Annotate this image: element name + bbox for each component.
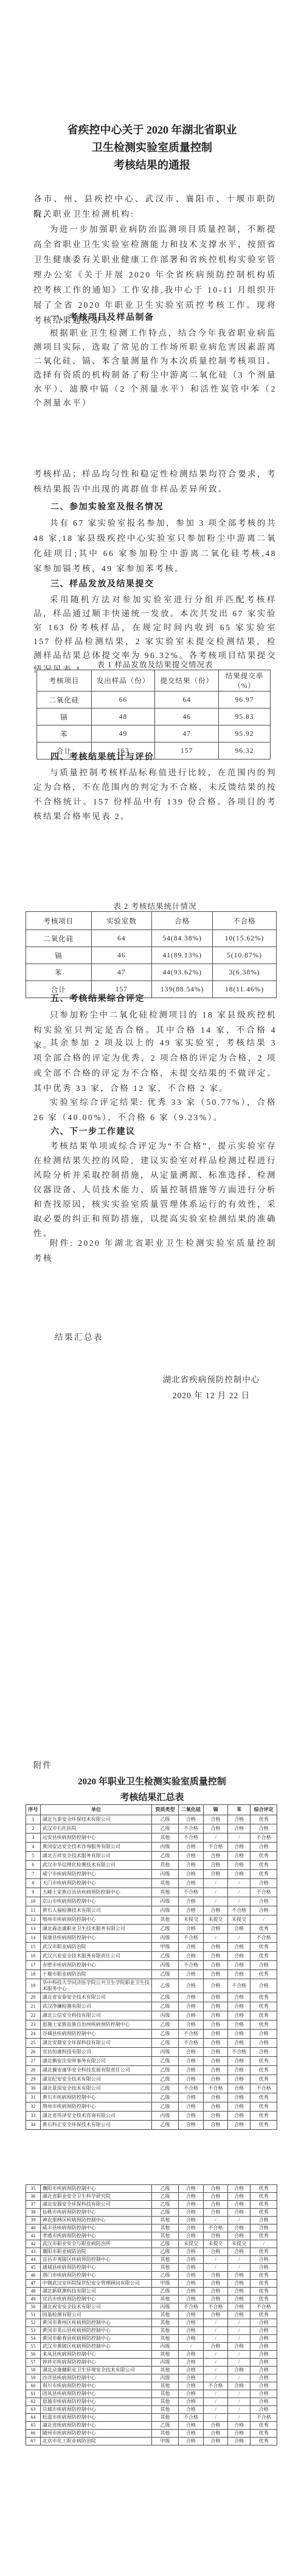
cell-overall: 优秀	[250, 2232, 277, 2240]
cell-overall: 合格	[250, 1843, 277, 1852]
cell-benzene: 合格	[227, 1961, 250, 1970]
cell-seq: 10	[26, 1897, 41, 1906]
cell-silica: 合格	[178, 2075, 204, 2084]
cell-benzene: 合格	[227, 2280, 250, 2288]
table-row: 30 湖北景深安全技术有限公司 乙级 不合格 不合格 合格 不合格	[26, 2084, 277, 2093]
cell-silica: 合格	[178, 2066, 204, 2075]
section-5-paragraph-3: 实验室综合评定结果: 优秀 33 家（50.77%），合格 26 家（40.00…	[33, 1095, 277, 1125]
cell-seq: 39	[26, 2217, 41, 2224]
cell-unit: 鄂州市疾病预防控制中心	[40, 1915, 151, 1925]
cell-seq: 48	[26, 2288, 41, 2296]
cell-silica: 合格	[178, 2217, 204, 2224]
table-row: 53 黄冈市英山县疾病预防控制中心 其他 合格 / / 合格	[26, 2327, 277, 2335]
cell-cadmium: 合格	[204, 1852, 228, 1861]
table-row: 11 黄石人福检测技术有限公司 丙级 合格 合格 不合格 合格	[26, 1906, 277, 1915]
cell-unit: 远安县疾病预防控制中心	[40, 1833, 151, 1843]
cell-silica: 合格	[178, 2232, 204, 2240]
table-1-header-sent: 发出样品（份）	[91, 670, 155, 692]
cell-qualification-type: 其他	[152, 2296, 179, 2303]
cell-qualification-type: 其他	[152, 2382, 179, 2390]
table-row: 60 利川市疾病预防控制中心 其他 合格 不合格 合格 合格	[26, 2382, 277, 2390]
cell-overall: 合格	[250, 1824, 277, 1833]
cell-cadmium: /	[204, 2264, 228, 2272]
cell-qualification-type: 丙级	[152, 2112, 179, 2121]
cell-qualification-type: 其他	[152, 2351, 179, 2359]
cell-silica: 不合格	[178, 1888, 204, 1897]
cell-benzene: 合格	[227, 1852, 250, 1861]
cell-unit: 湖北吉祥安全技术服务有限公司	[40, 1852, 151, 1861]
cell-unit: 襄阳市职业病防治院	[40, 2248, 151, 2256]
cell-benzene: 合格	[227, 1943, 250, 1952]
cell-overall: 不合格	[250, 1888, 277, 1897]
cell-overall: 优秀	[250, 2272, 277, 2280]
cell-seq: 60	[26, 2382, 41, 2390]
cell-rate: 95.92	[219, 726, 271, 743]
cell-benzene: /	[227, 2390, 250, 2398]
cell-benzene: /	[227, 2319, 250, 2327]
cell-cadmium: /	[204, 2335, 228, 2343]
cell-unit: 湖北众康健职业卫生环境安全技术有限公司	[40, 2367, 151, 2374]
cell-overall: 优秀	[250, 2201, 277, 2209]
cell-sent: 66	[91, 692, 155, 709]
cell-overall: 合格	[250, 2351, 277, 2359]
cell-silica: 合格	[178, 1897, 204, 1906]
cell-unit: 神农架林区疾病预防控制中心	[40, 2217, 151, 2224]
table-1-caption: 表 1 样品发放及结果提交情况表	[33, 659, 277, 670]
section-1-heading: 一、考核项目及样品制备	[33, 311, 277, 323]
cell-benzene: 合格	[227, 1870, 250, 1879]
cell-seq: 57	[26, 2359, 41, 2367]
cell-silica: 合格	[178, 2406, 204, 2414]
cell-overall: 优秀	[250, 2296, 277, 2303]
cell-qualification-type: 乙级	[152, 1952, 179, 1961]
table-row: 2 武汉市石化医院 乙级 不合格 合格 合格 合格	[26, 1824, 277, 1833]
cell-qualification-type: 乙级	[152, 2020, 179, 2030]
cell-silica: 合格	[178, 2390, 204, 2398]
cell-unit: 赤壁市疾病预防控制中心	[40, 1961, 151, 1970]
cell-seq: 36	[26, 2193, 41, 2201]
table-2-header-labs: 实验室数	[91, 912, 152, 930]
cell-seq: 46	[26, 2272, 41, 2280]
cell-seq: 15	[26, 1943, 41, 1952]
cell-overall: 优秀	[250, 2280, 277, 2288]
cell-unit: 湖北景深安全技术有限公司	[40, 2084, 151, 2093]
cell-cadmium: 合格	[204, 1970, 228, 1979]
cell-benzene: 合格	[227, 2121, 250, 2130]
section-5-paragraph-2: 其余参加 2 项及以上的 49 家实验室，考核结果 3 项全部合格的评定为优秀，…	[33, 1035, 277, 1096]
cell-overall: 优秀	[250, 2075, 277, 2084]
cell-cadmium: 合格	[204, 1815, 228, 1824]
cell-qualification-type: 乙级	[152, 2193, 179, 2201]
cell-benzene: 未提交	[227, 1915, 250, 1925]
cell-cadmium: 合格	[204, 2248, 228, 2256]
table-row: 苯 47 44(93.62%) 3(6.38%)	[26, 964, 277, 981]
table-2-header-pass: 合格	[152, 912, 213, 930]
cell-seq: 43	[26, 2248, 41, 2256]
cell-benzene: /	[227, 2414, 250, 2422]
cell-silica: 合格	[178, 1815, 204, 1824]
cell-cadmium: 合格	[204, 1961, 228, 1970]
table-row: 8 天门市疾病预防控制中心 其他 合格 / / 合格	[26, 1879, 277, 1888]
cell-benzene: /	[227, 2264, 250, 2272]
table-row: 36 湖北省职业安全卫生科学研究院 乙级 合格 合格 合格 优秀	[26, 2193, 277, 2201]
cell-qualification-type: 丙级	[152, 1934, 179, 1943]
table-row: 12 鄂州市疾病预防控制中心 其他 未提交 未提交 未提交 /	[26, 1915, 277, 1925]
table-row: 二氧化硅 66 64 96.97	[37, 692, 271, 709]
cell-silica: 未提交	[178, 1915, 204, 1925]
cell-qualification-type: 其他	[152, 1833, 179, 1843]
cell-submitted: 64	[155, 692, 219, 709]
cell-cadmium: 合格	[204, 2020, 228, 2030]
cell-qualification-type: 乙级	[152, 2201, 179, 2209]
cell-unit: 恩施土家族苗族自治州疾病预防控制中心	[40, 2020, 151, 2030]
cell-benzene: /	[227, 2335, 250, 2343]
cell-silica: 合格	[178, 1843, 204, 1852]
cell-qualification-type: 乙级	[152, 2057, 179, 2066]
attachment-reference-line-1: 附件: 2020 年湖北省职业卫生检测实验室质量控制考核	[33, 1235, 277, 1266]
table-row: 19 华中科技大学同济医学院公共卫生学院职业卫生技术服务中心 乙级 合格 合格 …	[26, 1979, 277, 1993]
cell-unit: 武汉市职业安全与职业病防治所	[40, 2240, 151, 2248]
cell-overall: 优秀	[250, 1970, 277, 1979]
cell-silica: 合格	[178, 1979, 204, 1993]
cell-qualification-type: 其他	[152, 2256, 179, 2264]
cell-benzene: 合格	[227, 2011, 250, 2020]
cell-benzene: 合格	[227, 2343, 250, 2351]
cell-benzene: 合格	[227, 1861, 250, 1870]
table-2-header-fail: 不合格	[213, 912, 277, 930]
cell-unit: 随州市疾病预防控制中心	[40, 2430, 151, 2438]
cell-cadmium: 合格	[204, 2438, 228, 2445]
cell-unit: 湖北祝安安全技术有限公司	[40, 2303, 151, 2311]
header-silica: 二氧化硅	[178, 1805, 204, 1815]
cell-overall: 合格	[250, 2224, 277, 2232]
table-row: 44 宜昌市夷陵区疾病预防控制中心 其他 合格 / / 合格	[26, 2256, 277, 2264]
cell-benzene: 合格	[227, 2296, 250, 2303]
cell-qualification-type: 乙级	[152, 2272, 179, 2280]
cell-benzene: 合格	[227, 2066, 250, 2075]
cell-seq: 11	[26, 1906, 41, 1915]
cell-qualification-type: 乙级	[152, 2288, 179, 2296]
cell-unit: 天门市疾病预防控制中心	[40, 1879, 151, 1888]
table-row: 46 荆门市疾病预防控制中心 乙级 合格 合格 合格 优秀	[26, 2272, 277, 2280]
cell-qualification-type: 其他	[152, 2406, 179, 2414]
cell-benzene: /	[227, 2256, 250, 2264]
cell-unit: 湖北安鼎安全环保科技有限公司	[40, 2039, 151, 2048]
cell-unit: 武汉净澜检测有限公司	[40, 2002, 151, 2011]
cell-unit: 湖北襄安康华安全科技发展有限责任公司	[40, 2066, 151, 2075]
cell-benzene: /	[227, 2374, 250, 2382]
cell-qualification-type: 乙级	[152, 2248, 179, 2256]
cell-seq: 18	[26, 1970, 41, 1979]
cell-overall: 优秀	[250, 2311, 277, 2319]
cell-qualification-type: 乙级	[152, 1815, 179, 1824]
cell-silica: 不合格	[178, 1833, 204, 1843]
cell-silica: 合格	[178, 2359, 204, 2367]
cell-benzene: /	[227, 2359, 250, 2367]
cell-item: 镉	[26, 947, 92, 964]
document-title-line-2: 卫生检测实验室质量控制	[30, 139, 274, 157]
table-row: 镉 46 41(89.13%) 5(10.87%)	[26, 947, 277, 964]
cell-overall: 合格	[250, 1961, 277, 1970]
cell-labs: 46	[91, 947, 152, 964]
cell-unit: 荆门市疾病预防控制中心	[40, 2272, 151, 2280]
cell-cadmium: 合格	[204, 2272, 228, 2280]
cell-overall: 合格	[250, 2048, 277, 2057]
table-row: 38 仙桃市疾病预防控制中心 乙级 合格 合格 合格 优秀	[26, 2209, 277, 2217]
cell-unit: 京山市疾病预防控制中心	[40, 1897, 151, 1906]
cell-benzene: 合格	[227, 2422, 250, 2430]
cell-rate: 96.97	[219, 692, 271, 709]
table-row: 9 五峰土家族自治县疾病预防控制中心 其他 不合格 / / 不合格	[26, 1888, 277, 1897]
cell-seq: 63	[26, 2406, 41, 2414]
cell-seq: 17	[26, 1961, 41, 1970]
cell-unit: 湖北省疾病预防控制中心	[40, 2422, 151, 2430]
cell-cadmium: 合格	[204, 1993, 228, 2002]
cell-pass: 44(93.62%)	[152, 964, 213, 981]
cell-seq: 64	[26, 2414, 41, 2422]
cell-silica: 合格	[178, 1906, 204, 1915]
cell-benzene: 合格	[227, 2084, 250, 2093]
cell-unit: 松滋市疾病预防控制中心	[40, 2414, 151, 2422]
cell-silica: 不合格	[178, 1934, 204, 1943]
cell-unit: 五峰土家族自治县疾病预防控制中心	[40, 1888, 151, 1897]
cell-qualification-type: 其他	[152, 2414, 179, 2422]
cell-silica: 合格	[178, 2422, 204, 2430]
cell-seq: 58	[26, 2367, 41, 2374]
table-row: 66 随州市疾病预防控制中心 其他 合格 合格 合格 优秀	[26, 2430, 277, 2438]
cell-benzene: /	[227, 1833, 250, 1843]
cell-fail: 10(15.62%)	[213, 930, 277, 947]
table-1-header-rate: 结果提交率（%）	[219, 670, 271, 692]
cell-seq: 61	[26, 2390, 41, 2398]
table-row: 5 湖北吉祥安全技术服务有限公司 乙级 合格 合格 合格 优秀	[26, 1852, 277, 1861]
cell-silica: 合格	[178, 2248, 204, 2256]
cell-cadmium: 合格	[204, 2193, 228, 2201]
table-row: 22 湖北公信安全科技有限公司 丙级 合格 合格 合格 优秀	[26, 2011, 277, 2020]
cell-unit: 黄石科正安全环保技术有限公司	[40, 2121, 151, 2130]
cell-seq: 19	[26, 1979, 41, 1993]
cell-seq: 34	[26, 2121, 41, 2130]
cell-overall: 优秀	[250, 2121, 277, 2130]
cell-benzene: 不合格	[227, 2048, 250, 2057]
cell-unit: 保康县疾病预防控制中心	[40, 1934, 151, 1943]
table-row: 6 武汉市华信理化检测技术有限公司 其他 合格 合格 合格 优秀	[26, 1861, 277, 1870]
cell-cadmium: 合格	[204, 2066, 228, 2075]
cell-qualification-type: 乙级	[152, 1979, 179, 1993]
cell-silica: 合格	[178, 1870, 204, 1879]
cell-seq: 53	[26, 2327, 41, 2335]
cell-unit: 黄冈市蕲春县疾病预防控制中心	[40, 2335, 151, 2343]
cell-cadmium: 合格	[204, 2048, 228, 2057]
cell-benzene: 合格	[227, 2272, 250, 2280]
cell-cadmium: 合格	[204, 2201, 228, 2209]
cell-benzene: 合格	[227, 2057, 250, 2066]
cell-benzene: 合格	[227, 2367, 250, 2374]
cell-overall: 合格	[250, 2335, 277, 2343]
cell-cadmium: 不合格	[204, 2224, 228, 2232]
cell-benzene: 合格	[227, 1970, 250, 1979]
cell-cadmium: /	[204, 2319, 228, 2327]
cell-unit: 应城市疾病预防控制中心	[40, 2406, 151, 2414]
header-seq: 序号	[26, 1805, 41, 1815]
table-row: 7 咸宁市疾病预防控制中心 丙级 合格 合格 合格 优秀	[26, 1870, 277, 1879]
cell-item: 镉	[37, 709, 92, 726]
table-row: 苯 49 47 95.92	[37, 726, 271, 743]
cell-silica: 合格	[178, 2430, 204, 2438]
cell-overall: 优秀	[250, 2185, 277, 2193]
cell-unit: 湖北九泰安全环保技术有限公司	[40, 1815, 151, 1824]
cell-qualification-type: 丙级	[152, 1906, 179, 1915]
salutation-line-2: 有关职业卫生检测机构:	[33, 206, 277, 222]
cell-overall: 合格	[250, 2327, 277, 2335]
cell-seq: 21	[26, 2002, 41, 2011]
cell-seq: 25	[26, 2039, 41, 2048]
cell-unit: 襄阳市疾病预防控制中心	[40, 2185, 151, 2193]
table-row: 29 湖北纪安安全技术有限公司 乙级 合格 合格 合格 优秀	[26, 2075, 277, 2084]
cell-qualification-type: 丙级	[152, 1843, 179, 1852]
cell-overall: 优秀	[250, 2112, 277, 2121]
cell-overall: 合格	[250, 2382, 277, 2390]
cell-cadmium: /	[204, 1879, 228, 1888]
cell-fail: 3(6.38%)	[213, 964, 277, 981]
cell-unit: 恩施市疾病预防控制中心	[40, 2398, 151, 2406]
cell-overall: 合格	[250, 2406, 277, 2414]
cell-benzene: 合格	[227, 2020, 250, 2030]
cell-silica: 合格	[178, 2319, 204, 2327]
cell-cadmium: 合格	[204, 2311, 228, 2319]
table-row: 51 国基检测有限公司 其他 合格 合格 合格 优秀	[26, 2311, 277, 2319]
cell-cadmium: 合格	[204, 1952, 228, 1961]
cell-cadmium: 合格	[204, 2288, 228, 2296]
cell-cadmium: 合格	[204, 2093, 228, 2102]
cell-overall: 优秀	[250, 2209, 277, 2217]
cell-cadmium: 不合格	[204, 2084, 228, 2093]
cell-qualification-type: 丙级	[152, 2048, 179, 2057]
cell-cadmium: 未提交	[204, 2240, 228, 2248]
cell-silica: 合格	[178, 1943, 204, 1952]
cell-seq: 30	[26, 2084, 41, 2093]
cell-overall: 合格	[250, 1979, 277, 1993]
header-overall: 综合评定	[250, 1805, 277, 1815]
cell-seq: 8	[26, 1879, 41, 1888]
scanned-document: 省疾控中心关于 2020 年湖北省职业 卫生检测实验室质量控制 考核结果的通报 …	[0, 0, 304, 2576]
cell-qualification-type: 乙级	[152, 2039, 179, 2048]
cell-silica: 合格	[178, 2048, 204, 2057]
cell-cadmium: 合格	[204, 2030, 228, 2039]
cell-fail: 5(10.87%)	[213, 947, 277, 964]
section-1-paragraph-continued: 考核样品；样品均匀性和稳定性检测结果均符合要求，考核结果报告中出现的离群值非样品…	[33, 466, 277, 497]
table-row: 21 武汉净澜检测有限公司 乙级 合格 合格 合格 优秀	[26, 2002, 277, 2011]
cell-unit: 武汉市石化医院	[40, 1824, 151, 1833]
cell-unit: 团风县疾病预防控制中心	[40, 2390, 151, 2398]
cell-silica: 合格	[178, 2093, 204, 2102]
cell-silica: 合格	[178, 2193, 204, 2201]
table-row: 镉 48 46 95.83	[37, 709, 271, 726]
cell-silica: 不合格	[178, 1961, 204, 1970]
cell-cadmium: 合格	[204, 1943, 228, 1952]
cell-qualification-type: 乙级	[152, 1824, 179, 1833]
cell-seq: 47	[26, 2280, 41, 2288]
table-row: 49 宜昌市疾病预防控制中心 其他 合格 合格 合格 优秀	[26, 2296, 277, 2303]
cell-qualification-type: 乙级	[152, 2121, 179, 2130]
cell-cadmium: /	[204, 2359, 228, 2367]
attachment-table-page-1: 序号 单位 资质类型 二氧化硅 镉 苯 综合评定 1 湖北九泰安全环保技术有限公…	[26, 1804, 277, 2130]
cell-cadmium: 合格	[204, 2121, 228, 2130]
cell-seq: 38	[26, 2209, 41, 2217]
cell-silica: 合格	[178, 2011, 204, 2020]
table-row: 10 京山市疾病预防控制中心 丙级 合格 / / 合格	[26, 1897, 277, 1906]
cell-benzene: /	[227, 2406, 250, 2414]
cell-seq: 31	[26, 2093, 41, 2102]
header-benzene: 苯	[227, 1805, 250, 1815]
cell-qualification-type: 丙级	[152, 1961, 179, 1970]
cell-cadmium: /	[204, 2406, 228, 2414]
cell-cadmium: 合格	[204, 1979, 228, 1993]
cell-qualification-type: 乙级	[152, 2185, 179, 2193]
cell-overall: /	[250, 2240, 277, 2248]
table-row: 20 湖北省安泰安全技术有限公司 乙级 合格 合格 合格 优秀	[26, 1993, 277, 2002]
cell-silica: 合格	[178, 1852, 204, 1861]
cell-overall: 合格	[250, 1879, 277, 1888]
table-row: 41 孝感市疾病预防控制中心 其他 合格 合格 合格 优秀	[26, 2232, 277, 2240]
cell-cadmium: /	[204, 1888, 228, 1897]
document-title-line-3: 考核结果的通报	[30, 157, 274, 174]
cell-benzene: 合格	[227, 2303, 250, 2311]
cell-overall: 优秀	[250, 2288, 277, 2296]
cell-qualification-type: 乙级	[152, 1993, 179, 2002]
cell-cadmium: 不合格	[204, 2303, 228, 2311]
table-1-header-submitted: 提交结果（份）	[155, 670, 219, 692]
cell-qualification-type: 其他	[152, 2232, 179, 2240]
cell-silica: 合格	[178, 2382, 204, 2390]
table-row: 26 宜昌恒康科技有限公司 丙级 合格 合格 不合格 合格	[26, 2048, 277, 2057]
cell-overall: 优秀	[250, 1952, 277, 1961]
cell-silica: 合格	[178, 1970, 204, 1979]
cell-item: 二氧化硅	[26, 930, 92, 947]
cell-unit: 黄石市疾病预防控制中心	[40, 2093, 151, 2102]
cell-silica: 合格	[178, 2185, 204, 2193]
table-2: 考核项目 实验室数 合格 不合格 二氧化硅 64 54(84.38%) 10(1…	[26, 911, 277, 998]
cell-cadmium: 合格	[204, 2112, 228, 2121]
table-2-caption: 表 2 考核结果统计情况	[33, 900, 277, 911]
cell-silica: 合格	[178, 2398, 204, 2406]
cell-silica: 合格	[178, 1993, 204, 2002]
cell-seq: 40	[26, 2224, 41, 2232]
cell-item: 苯	[26, 964, 92, 981]
cell-silica: 合格	[178, 2201, 204, 2209]
cell-unit: 湖北省安泰安全技术有限公司	[40, 1993, 151, 2002]
attachment-title-line-2: 考核结果汇总表	[30, 1790, 274, 1806]
table-2-header-row: 考核项目 实验室数 合格 不合格	[26, 912, 277, 930]
cell-benzene: 合格	[227, 1824, 250, 1833]
cell-overall: 合格	[250, 1897, 277, 1906]
table-row: 24 谷城县疾病预防控制中心 乙级 不合格 合格 合格 合格	[26, 2030, 277, 2039]
cell-cadmium: 合格	[204, 2343, 228, 2351]
cell-overall: 优秀	[250, 2438, 277, 2445]
cell-sent: 48	[91, 709, 155, 726]
cell-seq: 24	[26, 2030, 41, 2039]
cell-overall: 优秀	[250, 1870, 277, 1879]
table-row: 39 神农架林区疾病预防控制中心 其他 合格 / / 合格	[26, 2217, 277, 2224]
cell-seq: 33	[26, 2112, 41, 2121]
cell-benzene: /	[227, 1879, 250, 1888]
cell-silica: 合格	[178, 2351, 204, 2359]
cell-overall: 合格	[250, 2374, 277, 2382]
cell-benzene: 合格	[227, 1925, 250, 1934]
cell-benzene: 合格	[227, 2288, 250, 2296]
cell-cadmium: 合格	[204, 1824, 228, 1833]
cell-cadmium: 合格	[204, 2422, 228, 2430]
